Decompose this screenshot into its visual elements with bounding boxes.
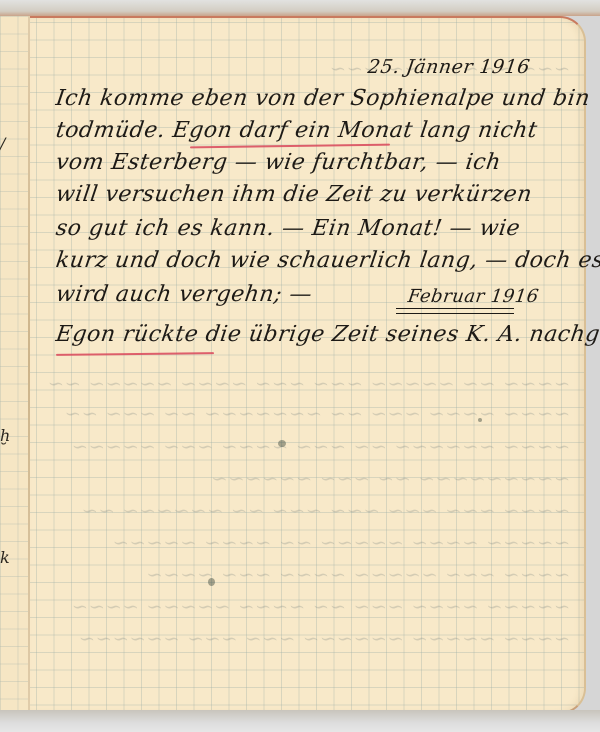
diary-line: kurz und doch wie schauerlich lang, — do… xyxy=(54,248,600,273)
ink-stain xyxy=(208,578,215,586)
diary-line: vom Esterberg — wie furchtbar, — ich xyxy=(54,150,502,175)
diary-line: Egon rückte die übrige Zeit seines K. A.… xyxy=(54,322,600,347)
diary-line: will versuchen ihm die Zeit zu verkürzen xyxy=(54,182,533,207)
scanned-notebook: / ḫ k ~~~ ~~~ ~~~~ ~~~ ~~~~ ~~ ~~~~~ ~~~… xyxy=(0,0,600,732)
ink-stain xyxy=(478,418,482,422)
notebook-top-edge xyxy=(0,0,600,16)
diary-line: todmüde. Egon darf ein Monat lang nicht xyxy=(54,118,539,143)
diary-line: wird auch vergehn; — xyxy=(54,282,314,307)
ink-stain xyxy=(278,440,286,447)
bleed-through-text: ~~~~~ ~~~~ ~~~~~ ~~ ~~~~ ~~~~~ xyxy=(67,532,572,554)
bleed-through-text: ~~~~ ~~~ ~~~ ~~~ ~~~ ~~ ~~~~~~ ~~ xyxy=(67,500,572,522)
bleed-through-text: ~~~~ ~~~~ ~~~ ~~ ~~~~~~~ ~~ ~~~ ~~ xyxy=(67,403,572,425)
bleed-through-text: ~~~~ ~~ ~~~~~ ~~~ ~~~ ~~~~ ~~~~~ ~~ xyxy=(67,373,572,395)
bleed-through-text: ~~~~ ~~~ ~~~~~ ~~~~ ~~~ ~~~~ xyxy=(67,564,572,586)
diary-line: Ich komme eben von der Sophienalpe und b… xyxy=(54,86,591,111)
bleed-through-text: ~~~~ ~~~~~~ ~~ ~~~ ~~~~ ~~~ ~~~~~ xyxy=(67,436,572,458)
entry-date: Februar 1916 xyxy=(407,286,541,307)
bleed-through-text: ~~~~ ~~~~~ ~~~~~~ ~~~ ~~~ ~~~~~~ xyxy=(67,628,572,650)
left-page-strip: / ḫ k xyxy=(0,16,31,710)
entry-date: 25. Jänner 1916 xyxy=(366,56,531,78)
left-page-mark: ḫ xyxy=(0,426,10,445)
diary-line: so gut ich es kann. — Ein Monat! — wie xyxy=(54,216,522,241)
left-page-mark: / xyxy=(0,134,5,153)
bleed-through-text: ~~~~~ ~~~~ ~~~ ~~ ~~~~ ~~~~~ ~~~~ xyxy=(67,596,572,618)
bleed-through-text: ~~~~~~~~~ ~~ ~~~ ~~~~~~ xyxy=(67,468,572,490)
notebook-bottom-edge xyxy=(0,710,600,732)
date-double-underline xyxy=(396,308,514,314)
left-page-mark: k xyxy=(0,548,10,567)
